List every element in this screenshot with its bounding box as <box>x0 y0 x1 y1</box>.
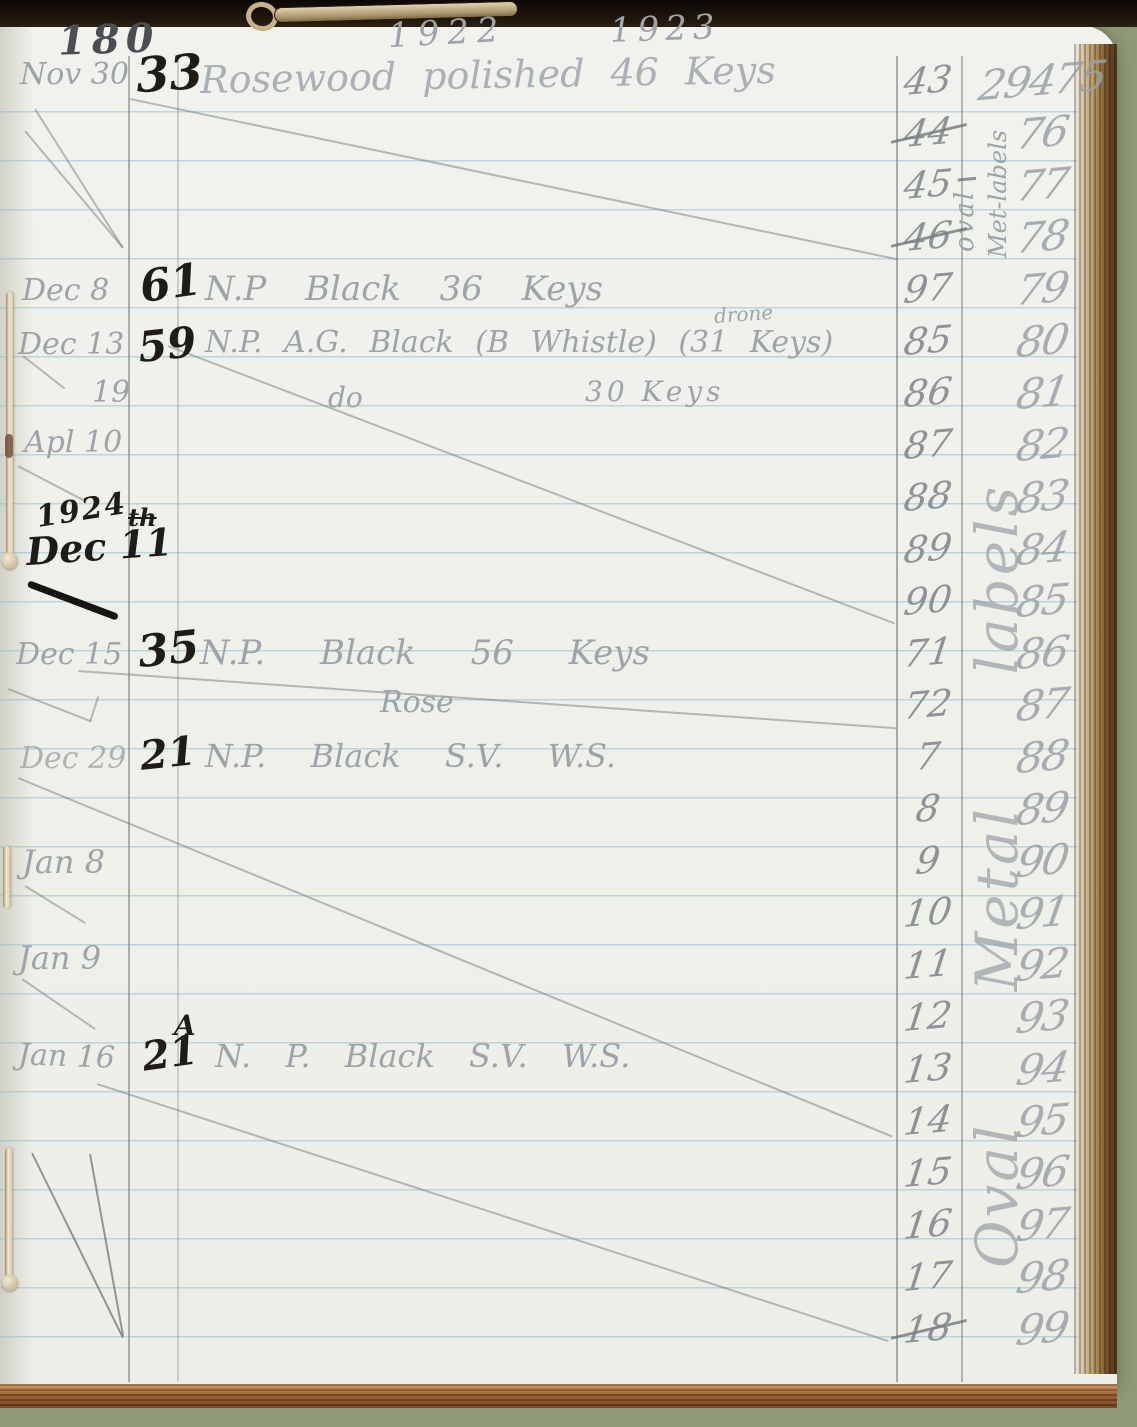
serial-left-value: 71 <box>893 628 963 676</box>
ledger-number-row: 86 81 <box>896 366 1122 418</box>
serial-right-value: 80 <box>961 309 1124 371</box>
ledger-number-row: 72 87 <box>896 678 1122 730</box>
ledger-number-row: 11 92 <box>896 938 1122 990</box>
serial-left-value: 45 <box>893 160 963 208</box>
serial-right-value: 99 <box>961 1297 1124 1359</box>
ledger-number-row: 16 97 <box>896 1198 1122 1250</box>
thread-knot <box>2 1274 18 1291</box>
serial-left-value: 87 <box>893 420 963 468</box>
serial-left-value: 46 <box>893 212 963 260</box>
serial-left-value: 85 <box>893 316 963 364</box>
serial-right-value: 87 <box>961 673 1124 735</box>
serial-number-columns: 43 29475 44 76 45 77 46 78 97 79 85 80 8… <box>896 54 1122 1354</box>
entry-ref-ink: 61 <box>137 258 204 310</box>
column-rule-date <box>128 56 130 1382</box>
entry-description: N.P Black 36 Keys <box>205 272 603 306</box>
entry-description: Rosewood polished 46 Keys <box>200 51 776 99</box>
ledger-number-row: 7 88 <box>896 730 1122 782</box>
entry-ref-ink: 59 <box>136 321 199 369</box>
serial-right-value: 85 <box>961 569 1124 631</box>
ledger-number-row: 8 89 <box>896 782 1122 834</box>
entry-ref-ink: 21 <box>138 731 198 777</box>
ledger-number-row: 10 91 <box>896 886 1122 938</box>
entry-date: Apl 10 <box>24 428 122 458</box>
serial-right-value: 95 <box>961 1089 1124 1151</box>
serial-left-value: 89 <box>893 524 963 572</box>
ledger-photo: 180 1922 1923 Nov 30 33 Rosewood polishe… <box>0 0 1137 1427</box>
serial-left-value: 90 <box>893 576 963 624</box>
serial-left-value: 12 <box>893 992 963 1040</box>
ledger-number-row: 14 95 <box>896 1094 1122 1146</box>
ledger-number-row: 9 90 <box>896 834 1122 886</box>
serial-left-value: 15 <box>893 1148 963 1196</box>
serial-right-value: 77 <box>961 153 1124 215</box>
ledger-number-row: 45 77 <box>896 158 1122 210</box>
serial-left-value: 7 <box>893 732 963 780</box>
binding-thread <box>6 292 13 562</box>
entry-date: Dec 29 <box>20 744 126 774</box>
year-heading-right: 1923 <box>609 10 721 48</box>
entry-keys: 30 Keys <box>585 378 724 406</box>
entry-date: 19 <box>92 378 130 408</box>
entry-annotation: drone <box>713 302 773 326</box>
serial-right-value: 92 <box>961 933 1124 995</box>
entry-extra: Rose <box>380 688 454 718</box>
entry-date: Dec 13 <box>18 330 124 360</box>
serial-left-value: 72 <box>893 680 963 728</box>
serial-right-value: 96 <box>961 1141 1124 1203</box>
serial-left-value: 88 <box>893 472 963 520</box>
serial-left-value: 14 <box>893 1096 963 1144</box>
entry-date: Jan 8 <box>22 846 105 878</box>
entry-date: Dec 15 <box>16 640 122 670</box>
entry-date: Jan 16 <box>18 1040 116 1073</box>
entry-ref-ink: 35 <box>136 625 201 675</box>
serial-left-value: 11 <box>893 940 963 988</box>
serial-right-value: 90 <box>961 829 1124 891</box>
serial-right-value: 94 <box>961 1037 1124 1099</box>
entry-description: N.P. Black 56 Keys <box>200 636 650 670</box>
serial-left-value: 9 <box>893 836 963 884</box>
serial-right-value: 29475 <box>961 49 1124 111</box>
ledger-number-row: 87 82 <box>896 418 1122 470</box>
serial-right-value: 86 <box>961 621 1124 683</box>
entry-ref-superscript: A <box>174 1012 196 1040</box>
serial-right-value: 91 <box>961 881 1124 943</box>
serial-left-value: 97 <box>893 264 963 312</box>
entry-description: N.P. Black S.V. W.S. <box>205 740 616 772</box>
ledger-number-row: 43 29475 <box>896 54 1122 106</box>
thread-stain <box>5 434 13 458</box>
entry-ditto: do <box>328 384 363 412</box>
ledger-number-row: 13 94 <box>896 1042 1122 1094</box>
ledger-number-row: 85 80 <box>896 314 1122 366</box>
binding-thread <box>5 1148 12 1280</box>
ledger-number-row: 12 93 <box>896 990 1122 1042</box>
serial-left-value: 16 <box>893 1200 963 1248</box>
entry-date-ink: Dec 11 <box>25 523 174 571</box>
ledger-number-row: 71 86 <box>896 626 1122 678</box>
ledger-number-row: 97 79 <box>896 262 1122 314</box>
year-heading-left: 1922 <box>387 13 507 53</box>
ledger-number-row: 44 76 <box>896 106 1122 158</box>
thread-knot <box>2 552 18 569</box>
entry-date: Nov 30 <box>20 60 129 90</box>
column-rule-ref <box>177 56 179 1382</box>
ledger-number-row: 17 98 <box>896 1250 1122 1302</box>
serial-right-value: 97 <box>961 1193 1124 1255</box>
entry-description: N.P. A.G. Black (B Whistle) (31 Keys) <box>205 328 833 358</box>
serial-right-value: 78 <box>961 205 1124 267</box>
binding-thread <box>3 846 10 908</box>
serial-left-value: 8 <box>893 784 963 832</box>
serial-right-value: 76 <box>961 101 1124 163</box>
serial-right-value: 84 <box>961 517 1124 579</box>
ledger-number-row: 89 84 <box>896 522 1122 574</box>
page-edge-bottom <box>0 1384 1117 1408</box>
serial-right-value: 98 <box>961 1245 1124 1307</box>
serial-right-value: 79 <box>961 257 1124 319</box>
ledger-number-row: 90 85 <box>896 574 1122 626</box>
serial-left-value: 86 <box>893 368 963 416</box>
serial-left-value: 44 <box>893 108 963 156</box>
ledger-number-row: 46 78 <box>896 210 1122 262</box>
ledger-number-row: 88 83 <box>896 470 1122 522</box>
entry-description: N. P. Black S.V. W.S. <box>215 1040 630 1072</box>
ledger-number-row: 15 96 <box>896 1146 1122 1198</box>
serial-left-value: 43 <box>893 56 963 104</box>
binding-band <box>0 0 1137 27</box>
ledger-number-row: 18 99 <box>896 1302 1122 1354</box>
serial-right-value: 81 <box>961 361 1124 423</box>
serial-left-value: 10 <box>893 888 963 936</box>
entry-date: Dec 8 <box>22 276 109 306</box>
serial-right-value: 93 <box>961 985 1124 1047</box>
entry-date: Jan 9 <box>18 942 101 974</box>
serial-left-value: 18 <box>893 1304 963 1352</box>
serial-right-value: 82 <box>961 413 1124 475</box>
serial-right-value: 89 <box>961 777 1124 839</box>
serial-left-value: 17 <box>893 1252 963 1300</box>
serial-right-value: 88 <box>961 725 1124 787</box>
serial-right-value: 83 <box>961 465 1124 527</box>
serial-left-value: 13 <box>893 1044 963 1092</box>
entry-ref-ink: 33 <box>134 48 204 101</box>
